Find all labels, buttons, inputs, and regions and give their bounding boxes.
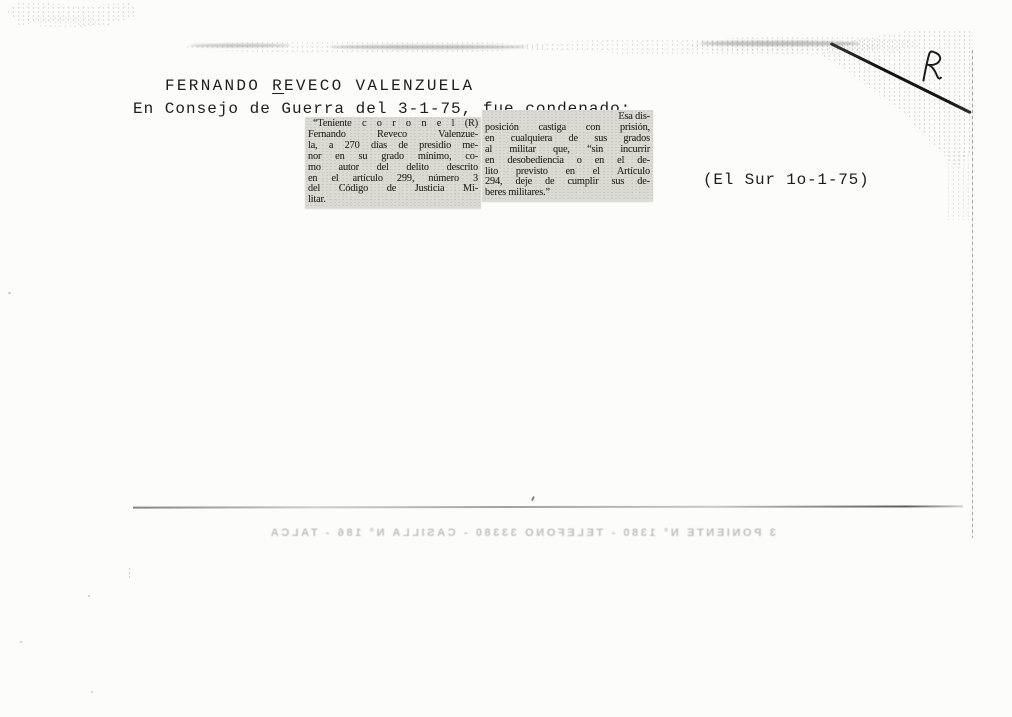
document-title: FERNANDO REVECO VALENZUELA xyxy=(165,77,474,95)
ink-speck xyxy=(91,691,93,693)
clipping-text-line: litar. xyxy=(308,195,478,206)
clipping-text-line: nor en su grado mínimo, co- xyxy=(308,152,478,163)
title-name-part: FERNANDO xyxy=(165,77,272,95)
ink-speck xyxy=(8,292,11,294)
paper-right-edge xyxy=(972,50,973,538)
ink-speck xyxy=(531,496,534,501)
paper-edge-smudge xyxy=(190,44,290,47)
title-underlined-letter: R xyxy=(272,77,284,95)
paper-bottom-edge xyxy=(133,505,963,508)
clipping-text-line: del Código de Justicia Mi- xyxy=(308,184,478,195)
bleedthrough-letterhead: 3 PONIENTE N° 1380 - TELEFONO 33380 - CA… xyxy=(246,527,798,543)
clipping-text-line: beres militares.” xyxy=(485,188,650,199)
ink-speck xyxy=(20,641,22,643)
clipping-text-line: en desobediencia o en el de- xyxy=(485,156,650,167)
scanner-noise-top-left-2 xyxy=(28,16,100,28)
source-citation: (El Sur 1o-1-75) xyxy=(703,171,869,189)
title-name-part: EVECO VALENZUELA xyxy=(284,77,474,95)
clipping-left-column: “Teniente c o r o n e l (R) Fernando Rev… xyxy=(305,117,481,208)
scanned-document-page: FERNANDO REVECO VALENZUELA En Consejo de… xyxy=(0,0,1012,717)
clipping-text-line: mo autor del delito descrito xyxy=(308,163,478,174)
paper-edge-smudge xyxy=(330,45,526,49)
clipping-right-column: Esa dis- posición castiga con prisión, e… xyxy=(482,110,653,201)
clipping-text-line: al militar que, “sin incurrir xyxy=(485,145,650,156)
paper-corner-shading-strip xyxy=(946,150,973,220)
ink-speck xyxy=(88,595,90,597)
handwritten-r-annotation xyxy=(915,48,945,86)
ink-speck xyxy=(129,568,130,580)
